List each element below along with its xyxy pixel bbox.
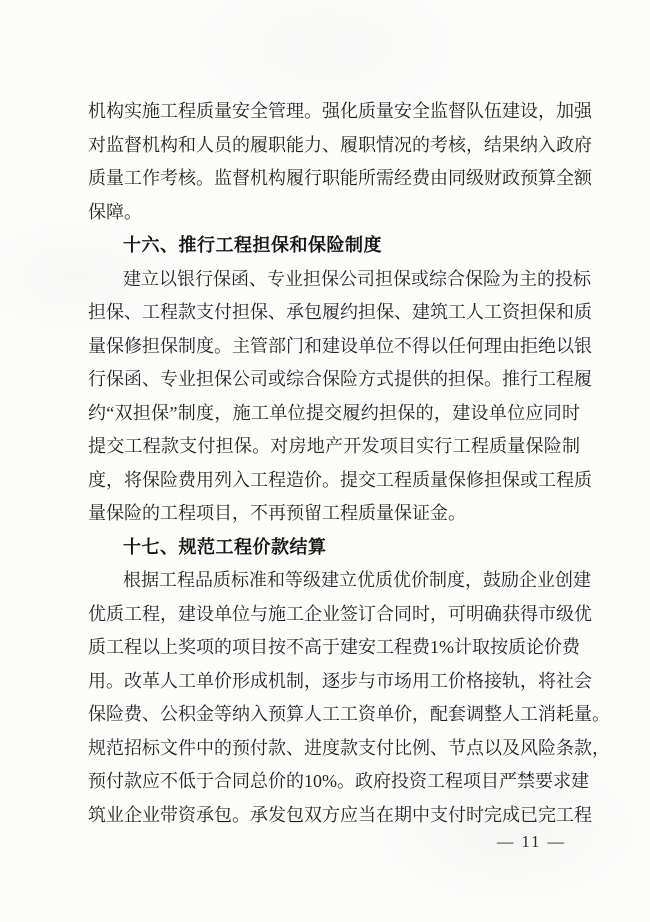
paragraph-line: 质量工作考核。监督机构履行职能所需经费由同级财政预算全额 xyxy=(88,162,580,196)
paragraph-line: 规范招标文件中的预付款、进度款支付比例、节点以及风险条款， xyxy=(88,732,580,766)
paragraph-line: 提交工程款支付担保。对房地产开发项目实行工程质量保险制 xyxy=(88,430,580,464)
paragraph-line: 质工程以上奖项的项目按不高于建安工程费1%计取按质论价费 xyxy=(88,631,580,665)
paragraph-line: 用。改革人工单价形成机制，逐步与市场用工价格接轨，将社会 xyxy=(88,665,580,699)
paragraph-line: 量保险的工程项目，不再预留工程质量保证金。 xyxy=(88,497,580,531)
page-number: — 11 — xyxy=(88,832,580,852)
paragraph-line: 度，将保险费用列入工程造价。提交工程质量保修担保或工程质 xyxy=(88,464,580,498)
paragraph-line: 担保、工程款支付担保、承包履约担保、建筑工人工资担保和质 xyxy=(88,296,580,330)
paragraph-line: 优质工程，建设单位与施工企业签订合同时，可明确获得市级优 xyxy=(88,598,580,632)
paragraph-line: 建立以银行保函、专业担保公司担保或综合保险为主的投标 xyxy=(88,263,580,297)
paragraph-line: 预付款应不低于合同总价的10%。政府投资工程项目严禁要求建 xyxy=(88,765,580,799)
paragraph-line: 筑业企业带资承包。承发包双方应当在期中支付时完成已完工程 xyxy=(88,799,580,833)
paragraph-line: 根据工程品质标准和等级建立优质优价制度，鼓励企业创建 xyxy=(88,564,580,598)
paragraph-line: 保险费、公积金等纳入预算人工工资单价，配套调整人工消耗量。 xyxy=(88,698,580,732)
section-heading: 十六、推行工程担保和保险制度 xyxy=(88,229,580,263)
paragraph-line: 对监督机构和人员的履职能力、履职情况的考核，结果纳入政府 xyxy=(88,129,580,163)
paragraph-line: 机构实施工程质量安全管理。强化质量安全监督队伍建设，加强 xyxy=(88,95,580,129)
paragraph-line: 保障。 xyxy=(88,196,580,230)
paragraph-line: 行保函、专业担保公司或综合保险方式提供的担保。推行工程履 xyxy=(88,363,580,397)
document-body: 机构实施工程质量安全管理。强化质量安全监督队伍建设，加强对监督机构和人员的履职能… xyxy=(88,95,580,832)
section-heading: 十七、规范工程价款结算 xyxy=(88,531,580,565)
paragraph-line: 量保修担保制度。主管部门和建设单位不得以任何理由拒绝以银 xyxy=(88,330,580,364)
document-page: 机构实施工程质量安全管理。强化质量安全监督队伍建设，加强对监督机构和人员的履职能… xyxy=(0,0,650,922)
paragraph-line: 约“双担保”制度，施工单位提交履约担保的，建设单位应同时 xyxy=(88,397,580,431)
